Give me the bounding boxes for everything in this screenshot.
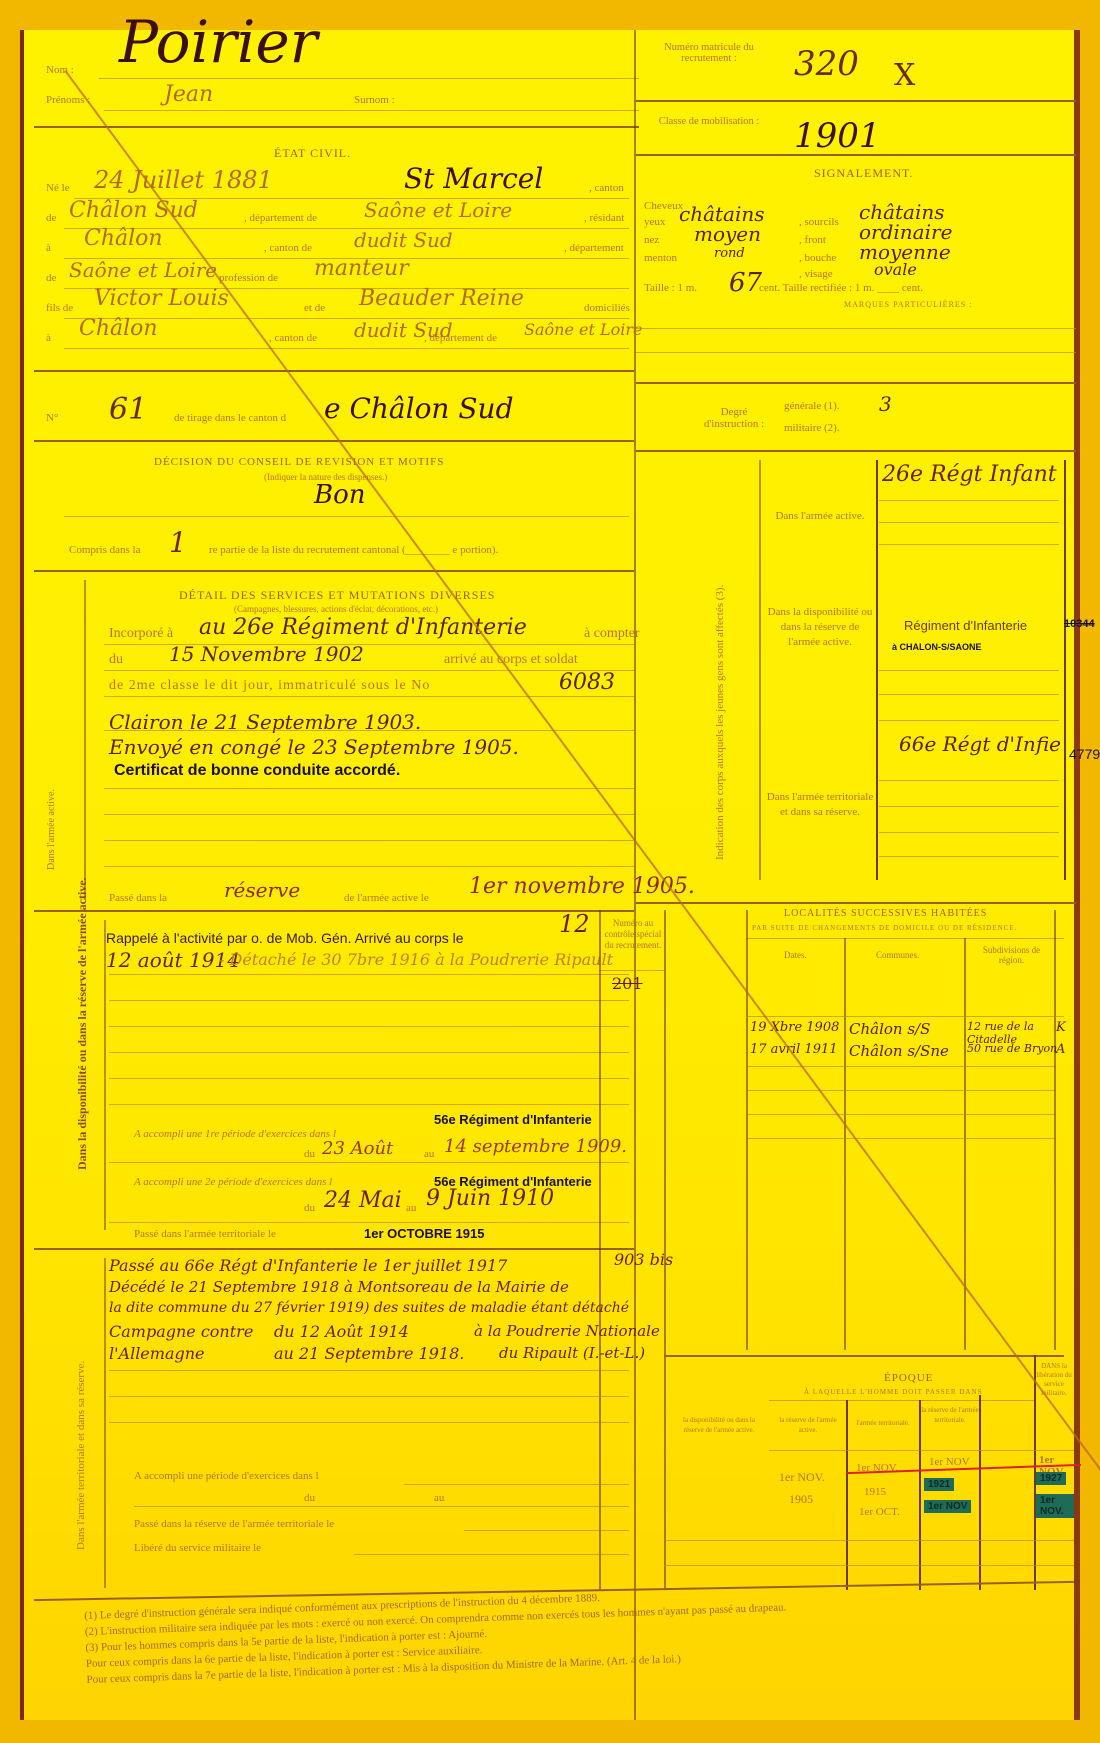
localite-subdivision: 50 rue de Bryon: [967, 1042, 1057, 1055]
compter-label: à compter: [584, 626, 640, 642]
periode2-to: 9 Juin 1910: [426, 1186, 554, 1211]
terr-line3: la dite commune du 27 février 1919) des …: [109, 1300, 629, 1316]
periode2-du: du: [304, 1202, 315, 1214]
tirage-label: de tirage dans le canton d: [174, 412, 286, 424]
terr-reserve-label: Passé dans la réserve de l'armée territo…: [134, 1518, 334, 1530]
corps-territoriale-label: Dans l'armée territoriale et dans sa rés…: [766, 790, 874, 820]
localites-title: LOCALITÉS SUCCESSIVES HABITÉES: [784, 908, 987, 919]
corps-side-label: Indication des corps auxquels les jeunes…: [714, 585, 726, 860]
territoriale-side-label: Dans l'armée territoriale et dans sa rés…: [74, 1361, 88, 1550]
generale-label: générale (1).: [784, 400, 840, 412]
epoque-col-liberation: DANS la libération du service militaire.: [1034, 1362, 1074, 1398]
footnotes: (1) Le degré d'instruction générale sera…: [84, 1573, 1076, 1688]
residence-canton-label: , canton de: [264, 242, 312, 254]
mother-value: Beauder Reine: [359, 286, 524, 311]
epoque-col-reserve-active: la réserve de l'armée active.: [772, 1415, 844, 1435]
taille-suffix: cent. Taille rectifiée : 1 m. ____ cent.: [759, 282, 923, 294]
periode2-au: au: [406, 1202, 416, 1214]
de2-label: de: [46, 272, 56, 284]
passe-label2: de l'armée active le: [344, 892, 429, 904]
visage-label: , visage: [799, 268, 833, 280]
epoque-reserve-active-1: 1er NOV.: [779, 1470, 825, 1485]
terr-line5c: du Ripault (I.-et-L.): [499, 1344, 645, 1362]
epoque-subtitle: À LAQUELLE L'HOMME DOIT PASSER DANS: [804, 1388, 982, 1396]
epoque-reserve-active-2: 1905: [789, 1492, 813, 1507]
terr-periode-label: A accompli une période d'exercices dans …: [134, 1470, 319, 1482]
localites-subtitle: PAR SUITE DE CHANGEMENTS DE DOMICILE OU …: [752, 924, 1017, 932]
profession-value: manteur: [314, 256, 409, 281]
immatricule-value: 6083: [559, 670, 615, 695]
localites-col-communes: Communes.: [876, 950, 919, 960]
a-label: à: [46, 242, 51, 254]
localite-commune: Châlon s/Sne: [849, 1042, 949, 1060]
localites-col-subdivisions: Subdivisions de région.: [974, 945, 1049, 965]
residence-value: Châlon: [84, 226, 163, 251]
epoque-reserve-terr-1: 1er NOV: [929, 1456, 970, 1468]
birth-canton-value: Châlon Sud: [69, 198, 198, 223]
terr-du-label: du: [304, 1492, 315, 1504]
surname-value: Poirier: [119, 8, 317, 76]
numero-special-header: Numéro au contrôle spécial du recrutemen…: [602, 918, 664, 951]
terr-line2: Décédé le 21 Septembre 1918 à Montsoreau…: [109, 1278, 569, 1296]
front-label: , front: [799, 234, 826, 246]
numero-special-value: 903 bis: [614, 1250, 673, 1269]
incorpore-date: 15 Novembre 1902: [169, 642, 364, 666]
residant-label: , résidant: [584, 212, 624, 224]
corps-active-label: Dans l'armée active.: [766, 510, 874, 522]
epoque-col-reserve-territoriale: la réserve de l'armée territoriale.: [921, 1405, 979, 1425]
periode2-from: 24 Mai: [324, 1188, 402, 1213]
taille-label: Taille : 1 m.: [644, 282, 697, 294]
fils-de-label: fils de: [46, 302, 73, 314]
periode2-label: A accompli une 2e période d'exercices da…: [134, 1176, 332, 1188]
terr-line4a: Campagne contre: [109, 1322, 253, 1341]
certificat-stamp: Certificat de bonne conduite accordé.: [114, 762, 400, 780]
tirage-canton-value: e Châlon Sud: [324, 392, 514, 425]
periode1-du: du: [304, 1148, 315, 1160]
epoque-col-disponibilite: la disponibilité ou dans la réserve de l…: [674, 1415, 764, 1435]
classe-value: 1901: [794, 116, 881, 156]
marques-label: MARQUES PARTICULIÈRES :: [844, 300, 972, 309]
tirage-no-label: N°: [46, 412, 58, 424]
residence-canton-value: dudit Sud: [354, 228, 453, 252]
cheveux-label: Cheveux: [644, 200, 683, 212]
localite-commune: Châlon s/S: [849, 1020, 930, 1038]
epoque-liberation-2: 1927: [1036, 1472, 1066, 1485]
arrive-label: arrivé au corps et soldat: [444, 652, 578, 668]
reserve-side-label: Dans la disponibilité ou dans la réserve…: [74, 877, 90, 1170]
birth-date-label: Né le: [46, 182, 70, 194]
terr-line4b: du 12 Août 1914: [274, 1322, 409, 1341]
localite-code: K: [1056, 1020, 1066, 1035]
terr-au-label: au: [434, 1492, 444, 1504]
nez-value: moyen: [694, 222, 761, 246]
corps-active-value: 26e Régt Infant: [882, 462, 1057, 487]
epoque-reserve-terr-2: 1921: [924, 1478, 954, 1491]
canton-label: , canton: [589, 182, 624, 194]
periode1-from: 23 Août: [322, 1138, 393, 1159]
et-de-label: et de: [304, 302, 325, 314]
corps-disponibilite-label: Dans la disponibilité ou dans la réserve…: [766, 605, 874, 650]
menton-value: rond: [714, 246, 745, 261]
epoque-reserve-terr-3: 1er NOV: [924, 1500, 971, 1513]
departement-label: , département de: [244, 212, 317, 224]
corps-disponibilite-stamp: Régiment d'Infanterie: [904, 618, 1027, 633]
terr-line4c: à la Poudrerie Nationale: [474, 1322, 660, 1340]
matricule-mark: X: [894, 58, 915, 93]
tirage-no-value: 61: [109, 392, 147, 427]
epoque-title: ÉPOQUE: [884, 1372, 933, 1384]
compris-label: Compris dans la: [69, 544, 141, 556]
detache-entry: - Détaché le 30 7bre 1916 à la Poudrerie…: [219, 950, 613, 969]
numero-special-struck: 201: [612, 974, 643, 993]
taille-value: 67: [729, 268, 762, 298]
passe-value: réserve: [224, 878, 300, 902]
firstname-value: Jean: [164, 82, 213, 107]
decision-title: DÉCISION DU CONSEIL DE REVISION ET MOTIF…: [154, 456, 444, 468]
epoque-territoriale-3: 1er OCT.: [859, 1506, 900, 1518]
generale-value: 3: [879, 392, 892, 416]
parents-departement-label: , département de: [424, 332, 497, 344]
classe-label: Classe de mobilisation :: [654, 116, 764, 127]
a2-label: à: [46, 332, 51, 344]
parents-canton-label: , canton de: [269, 332, 317, 344]
localite-date: 19 Xbre 1908: [750, 1020, 839, 1035]
corps-territoriale-value: 66e Régt d'Infie: [899, 732, 1061, 756]
profession-label: profession de: [219, 272, 278, 284]
parents-residence-value: Châlon: [79, 316, 158, 341]
matricule-label: Numéro matricule du recrutement :: [654, 42, 764, 64]
compris-label-after: re partie de la liste du recrutement can…: [209, 544, 498, 556]
matricule-value: 320: [794, 44, 859, 84]
decision-value: Bon: [314, 480, 366, 510]
epoque-liberation-3: 1er NOV.: [1036, 1494, 1074, 1518]
corps-disponibilite-stamp2: à CHALON-S/SAONE: [892, 642, 982, 652]
menton-label: menton: [644, 252, 677, 264]
corps-disponibilite-number: 10344: [1064, 618, 1095, 630]
departement2-label: , département: [564, 242, 624, 254]
territoriale-passe-label: Passé dans l'armée territoriale le: [134, 1228, 276, 1240]
terr-line5a: l'Allemagne: [109, 1344, 205, 1363]
services-side-label: Dans l'armée active.: [46, 789, 57, 870]
incorpore-label: Incorporé à: [109, 626, 173, 642]
terr-line1: Passé au 66e Régt d'Infanterie le 1er ju…: [109, 1256, 507, 1275]
epoque-territoriale-2: 1915: [864, 1486, 886, 1498]
military-register-sheet: Poirier Nom : Prénoms : Jean Surnom : Nu…: [20, 30, 1080, 1720]
du-label: du: [109, 652, 123, 668]
etat-civil-title: ÉTAT CIVIL.: [274, 146, 351, 161]
periode1-label: A accompli une 1re période d'exercices d…: [134, 1128, 336, 1140]
de-label: de: [46, 212, 56, 224]
father-value: Victor Louis: [94, 286, 229, 311]
parents-departement-value: Saône et Loire: [524, 320, 642, 339]
epoque-col-territoriale: l'armée territoriale.: [847, 1418, 919, 1428]
corps-territoriale-number: 4779: [1069, 746, 1100, 762]
services-title: DÉTAIL DES SERVICES ET MUTATIONS DIVERSE…: [179, 588, 495, 603]
immatricule-label: de 2me classe le dit jour, immatriculé s…: [109, 678, 430, 694]
visage-value: ovale: [874, 260, 917, 279]
bouche-label: , bouche: [799, 252, 836, 264]
nez-label: nez: [644, 234, 659, 246]
localites-col-dates: Dates.: [784, 950, 807, 960]
territoriale-passe-stamp: 1er OCTOBRE 1915: [364, 1226, 484, 1241]
localite-code: A: [1056, 1042, 1065, 1057]
periode1-stamp: 56e Régiment d'Infanterie: [434, 1112, 592, 1127]
birth-departement-value: Saône et Loire: [364, 198, 512, 222]
nickname-label: Surnom :: [354, 94, 395, 106]
militaire-label: militaire (2).: [784, 422, 840, 434]
terr-libere-label: Libéré du service militaire le: [134, 1542, 261, 1554]
residence-departement-value: Saône et Loire: [69, 258, 217, 282]
birth-date-value: 24 Juillet 1881: [94, 166, 273, 194]
passe-label: Passé dans la: [109, 892, 167, 904]
birth-place-value: St Marcel: [404, 162, 543, 195]
conge-entry: Envoyé en congé le 23 Septembre 1905.: [109, 735, 519, 759]
terr-line5b: au 21 Septembre 1918.: [274, 1344, 464, 1363]
rappele-stamp: Rappelé à l'activité par o. de Mob. Gén.…: [106, 930, 464, 946]
yeux-label: yeux: [644, 216, 665, 228]
sourcils-label: , sourcils: [799, 216, 839, 228]
periode1-au: au: [424, 1148, 434, 1160]
compris-value: 1: [169, 526, 187, 559]
signalement-title: SIGNALEMENT.: [814, 166, 913, 181]
instruction-label: Degré d'instruction :: [694, 406, 774, 430]
rappele-date-day: 12: [559, 910, 590, 938]
services-subtitle: (Campagnes, blessures, actions d'éclat, …: [234, 604, 438, 614]
domicilies-label: domiciliés: [584, 302, 630, 314]
